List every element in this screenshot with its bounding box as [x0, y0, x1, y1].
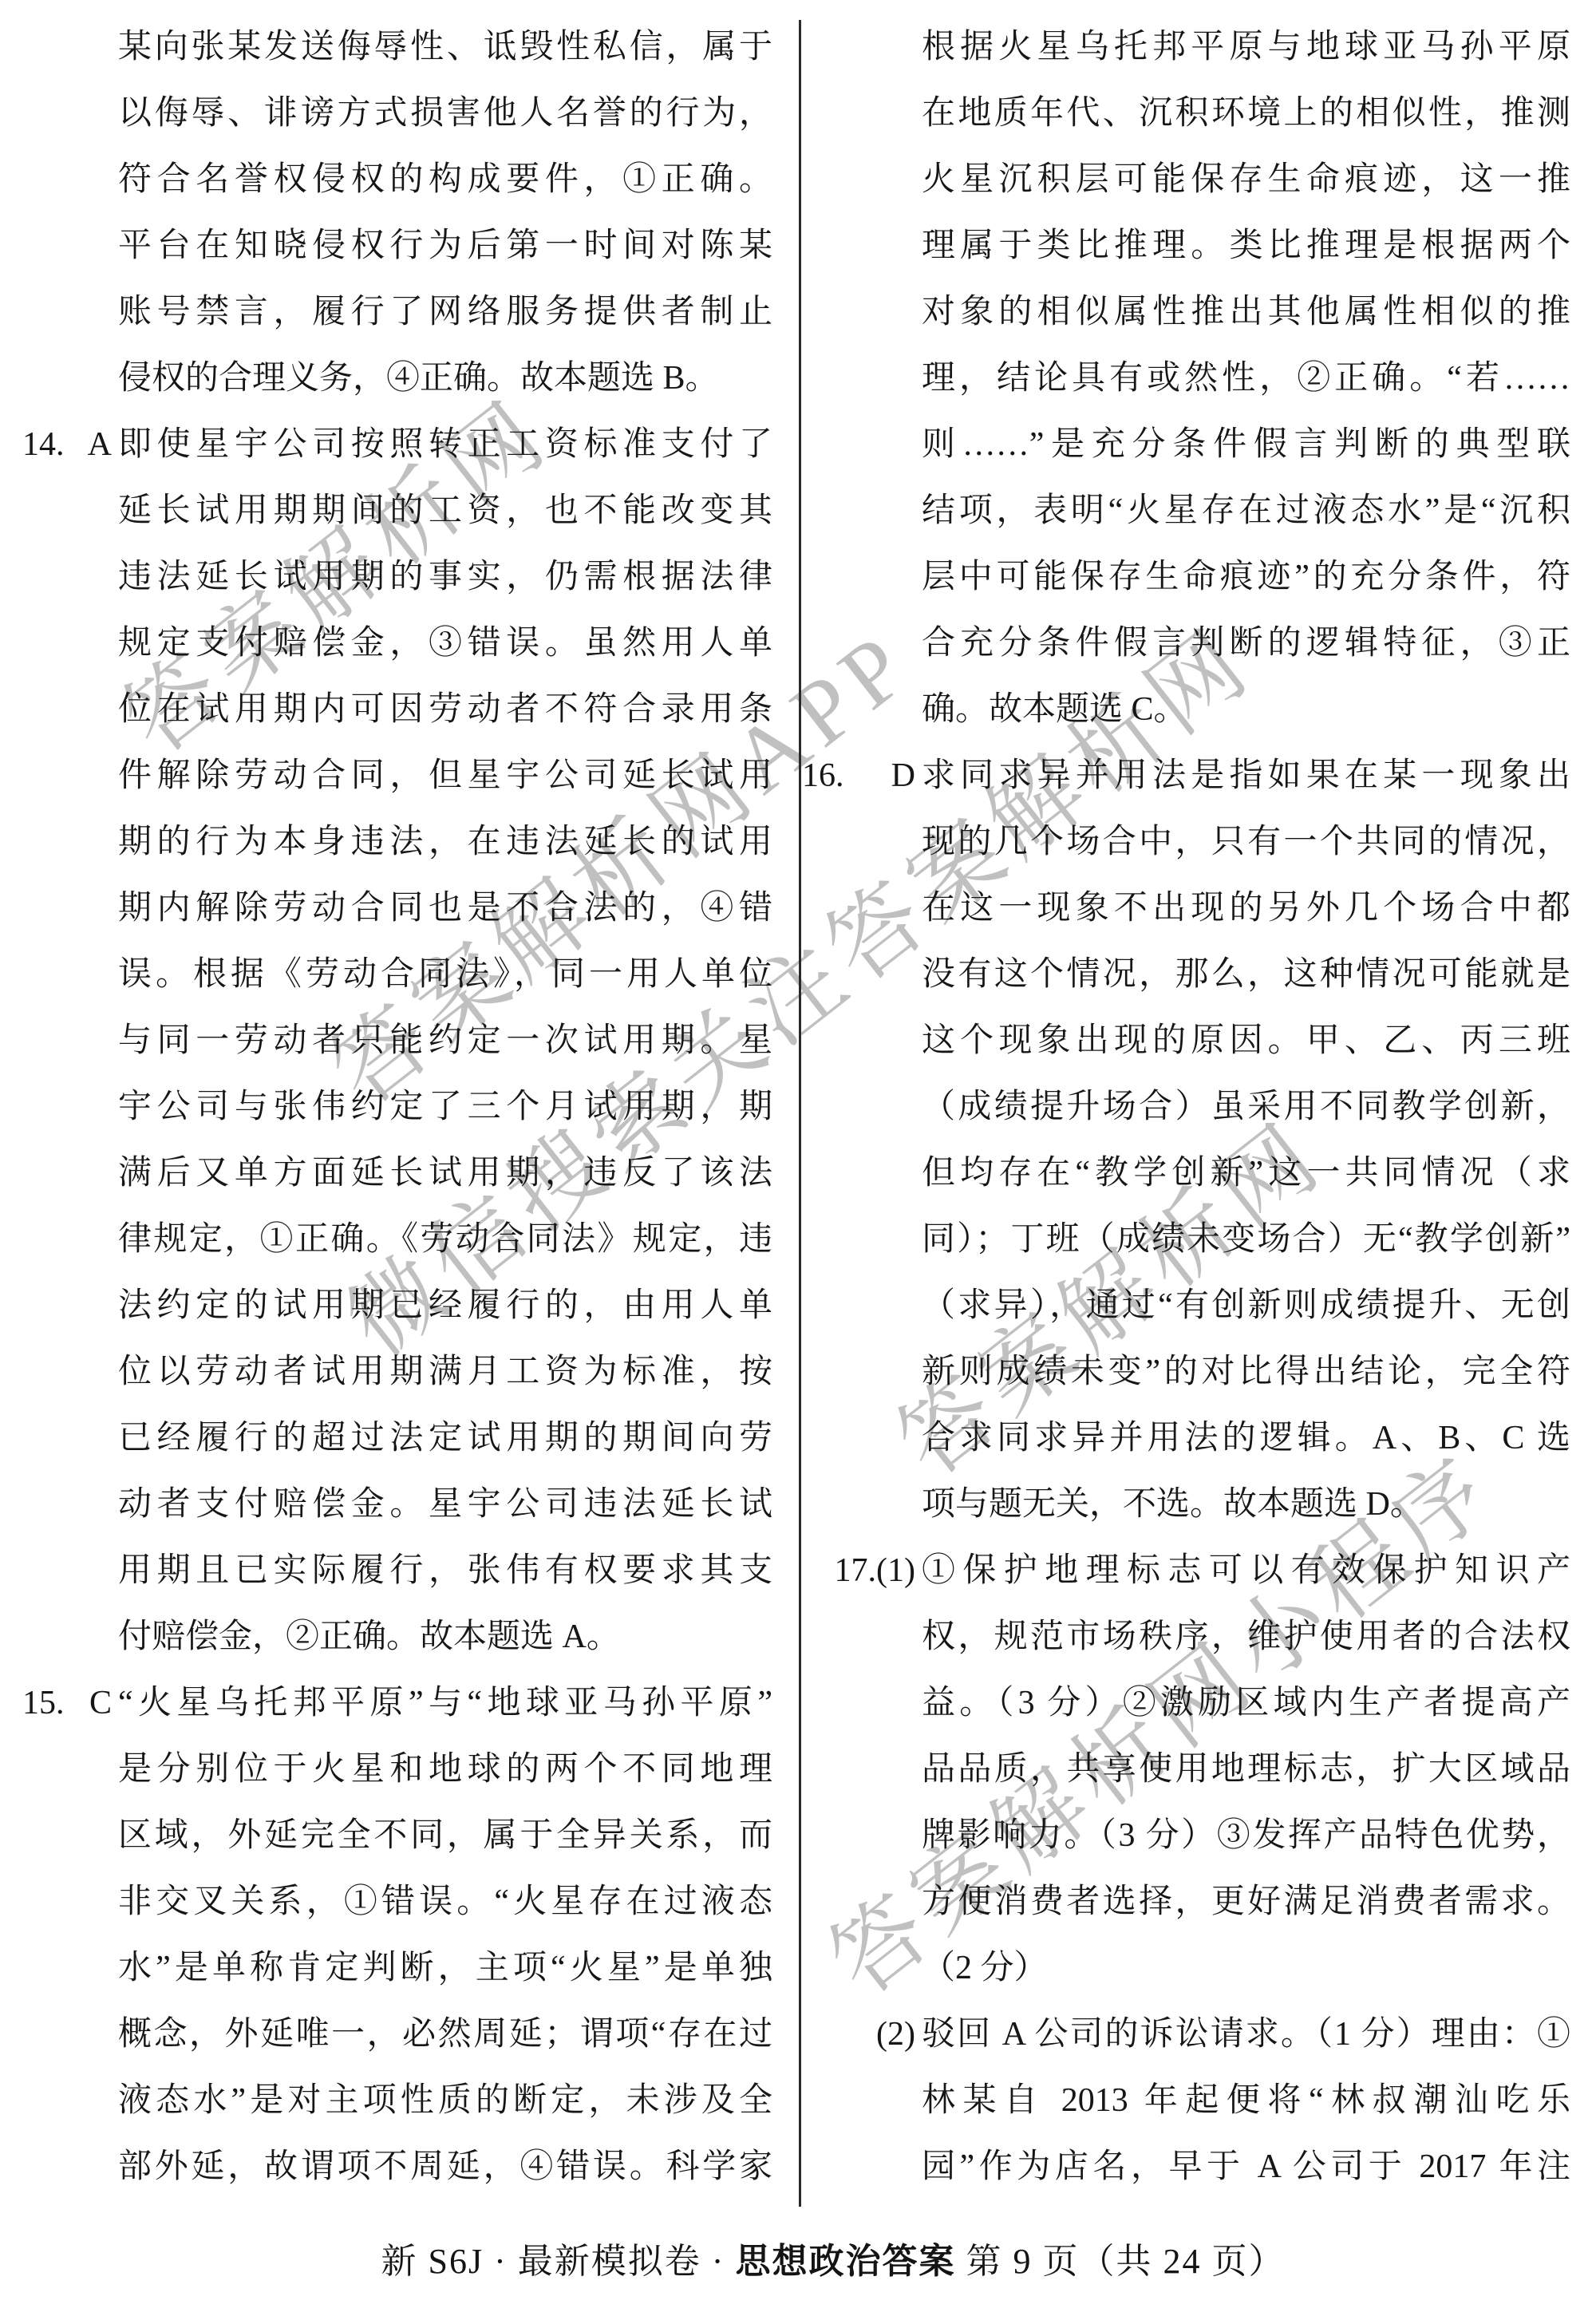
- question-number: 17.(1): [802, 1547, 915, 1594]
- answer-line: 合求同求异并用法的逻辑。A、B、C 选: [922, 1415, 1570, 1461]
- answer-line: 合充分条件假言判断的逻辑特征，③正: [922, 620, 1570, 666]
- answer-line: 益。（3 分）②激励区域内生产者提高产: [922, 1680, 1570, 1726]
- answer-line: 方便消费者选择，更好满足消费者需求。: [922, 1879, 1570, 1925]
- answer-line: （2 分）: [922, 1945, 1570, 1991]
- answer-line: 对象的相似属性推出其他属性相似的推: [922, 289, 1570, 335]
- answer-line: 确。故本题选 C。: [922, 686, 1570, 733]
- right-column: 根据火星乌托邦平原与地球亚马孙平原在地质年代、沉积环境上的相似性，推测火星沉积层…: [0, 0, 1596, 2316]
- answer-line: 项与题无关，不选。故本题选 D。: [922, 1481, 1570, 1528]
- answer-line: 牌影响力。（3 分）③发挥产品特色优势，: [922, 1812, 1570, 1859]
- answer-line: ①保护地理标志可以有效保护知识产: [922, 1547, 1570, 1594]
- answer-line: 层中可能保存生命痕迹”的充分条件，符: [922, 554, 1570, 600]
- answer-line: 结项，表明“火星存在过液态水”是“沉积: [922, 488, 1570, 534]
- answer-line: 理，结论具有或然性，②正确。“若……: [922, 355, 1570, 401]
- answer-line: 同）；丁班（成绩未变场合）无“教学创新”: [922, 1216, 1570, 1263]
- footer-series: 新 S6J · 最新模拟卷 ·: [381, 2242, 736, 2281]
- page-footer: 新 S6J · 最新模拟卷 · 思想政治答案 第 9 页（共 24 页）: [0, 2236, 1596, 2287]
- question-number-part: 17.(1): [835, 1547, 915, 1594]
- answer-line: 权，规范市场秩序，维护使用者的合法权: [922, 1614, 1570, 1660]
- question-number-part: D: [891, 753, 915, 799]
- answer-line: 园”作为店名，早于 A 公司于 2017 年注: [922, 2144, 1570, 2190]
- answer-line: 在这一现象不出现的另外几个场合中都: [922, 885, 1570, 931]
- answer-line: 新则成绩未变”的对比得出结论，完全符: [922, 1349, 1570, 1395]
- answer-line: 这个现象出现的原因。甲、乙、丙三班: [922, 1018, 1570, 1064]
- answer-sheet-page: 答案解析网 答案解析网APP 微信搜索关注答案解析网 答案解析网 答案解析网小程…: [0, 0, 1596, 2316]
- footer-page-info: 第 9 页（共 24 页）: [955, 2242, 1285, 2281]
- answer-line: 驳回 A 公司的诉讼请求。（1 分）理由：①: [922, 2011, 1570, 2057]
- answer-line: 在地质年代、沉积环境上的相似性，推测: [922, 90, 1570, 136]
- answer-line: （求异），通过“有创新则成绩提升、无创: [922, 1282, 1570, 1329]
- answer-line: （成绩提升场合）虽采用不同教学创新，: [922, 1084, 1570, 1130]
- question-number-part: (2): [876, 2011, 915, 2057]
- answer-line: 现的几个场合中，只有一个共同的情况，: [922, 819, 1570, 865]
- answer-line: 理属于类比推理。类比推理是根据两个: [922, 223, 1570, 269]
- question-number: 16.D: [802, 753, 915, 799]
- question-number-part: 16.: [802, 753, 844, 799]
- answer-line: 没有这个情况，那么，这种情况可能就是: [922, 951, 1570, 998]
- answer-line: 但均存在“教学创新”这一共同情况（求: [922, 1150, 1570, 1196]
- answer-line: 则……”是充分条件假言判断的典型联: [922, 421, 1570, 468]
- question-number: (2): [802, 2011, 915, 2057]
- answer-line: 求同求异并用法是指如果在某一现象出: [922, 753, 1570, 799]
- answer-line: 根据火星乌托邦平原与地球亚马孙平原: [922, 24, 1570, 70]
- answer-line: 火星沉积层可能保存生命痕迹，这一推: [922, 156, 1570, 203]
- footer-subject: 思想政治答案: [735, 2242, 955, 2281]
- answer-line: 品品质，共享使用地理标志，扩大区域品: [922, 1746, 1570, 1792]
- answer-line: 林某自 2013 年起便将“林叔潮汕吃乐: [922, 2077, 1570, 2124]
